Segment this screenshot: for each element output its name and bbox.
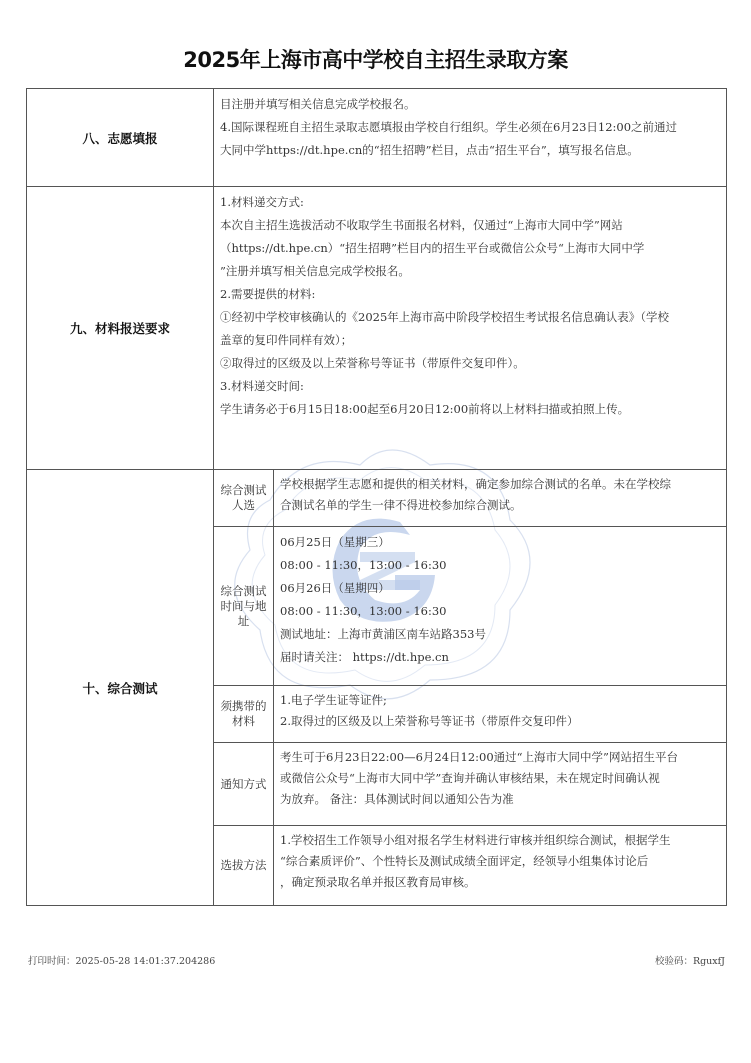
subrow-label: 综合测试人选 bbox=[214, 470, 274, 527]
content-line: 大同中学https://dt.hpe.cn的“招生招聘”栏目，点击“招生平台”，… bbox=[220, 139, 720, 162]
content-line: ②取得过的区级及以上荣誉称号等证书（带原件交复印件）。 bbox=[220, 352, 720, 375]
page-title: 2025年上海市高中学校自主招生录取方案 bbox=[0, 44, 751, 74]
content-line: 本次自主招生选拔活动不收取学生书面报名材料，仅通过“上海市大同中学”网站 bbox=[220, 214, 720, 237]
content-line: “综合素质评价”、个性特长及测试成绩全面评定，经领导小组集体讨论后 bbox=[280, 851, 720, 872]
content-line: 合测试名单的学生一律不得进校参加综合测试。 bbox=[280, 495, 720, 516]
section-content: 1.材料递交方式: 本次自主招生选拔活动不收取学生书面报名材料，仅通过“上海市大… bbox=[214, 187, 726, 427]
subrow-test-candidates: 十、综合测试 综合测试人选 学校根据学生志愿和提供的相关材料，确定参加综合测试的… bbox=[27, 470, 727, 527]
content-line: 届时请关注： https://dt.hpe.cn bbox=[280, 646, 720, 669]
section-heading: 八、志愿填报 bbox=[27, 89, 214, 187]
content-line: 3.材料递交时间: bbox=[220, 375, 720, 398]
content-line: 为放弃。 备注：具体测试时间以通知公告为准 bbox=[280, 789, 720, 810]
verify-code: 校验码：RguxfJ bbox=[655, 953, 725, 967]
subrow-label: 选拔方法 bbox=[214, 826, 274, 906]
content-line: 4.国际课程班自主招生录取志愿填报由学校自行组织。学生必须在6月23日12:00… bbox=[220, 116, 720, 139]
content-line: 08:00 - 11:30，13:00 - 16:30 bbox=[280, 600, 720, 623]
content-line: 1.材料递交方式: bbox=[220, 191, 720, 214]
section-heading: 十、综合测试 bbox=[27, 470, 214, 906]
admission-plan-table: 八、志愿填报 目注册并填写相关信息完成学校报名。 4.国际课程班自主招生录取志愿… bbox=[26, 88, 727, 906]
content-line: 或微信公众号“上海市大同中学”查询并确认审核结果，未在规定时间确认视 bbox=[280, 768, 720, 789]
content-line: 学生请务必于6月15日18:00起至6月20日12:00前将以上材料扫描或拍照上… bbox=[220, 398, 720, 421]
content-line: 学校根据学生志愿和提供的相关材料，确定参加综合测试的名单。未在学校综 bbox=[280, 474, 720, 495]
content-line: ，确定预录取名单并报区教育局审核。 bbox=[280, 872, 720, 893]
subrow-content: 1.学校招生工作领导小组对报名学生材料进行审核并组织综合测试，根据学生 “综合素… bbox=[274, 826, 726, 899]
section-row-volunteer: 八、志愿填报 目注册并填写相关信息完成学校报名。 4.国际课程班自主招生录取志愿… bbox=[27, 89, 727, 187]
content-line: ”注册并填写相关信息完成学校报名。 bbox=[220, 260, 720, 283]
content-line: 06月25日（星期三） bbox=[280, 531, 720, 554]
content-line: ①经初中学校审核确认的《2025年上海市高中阶段学校招生考试报名信息确认表》（学… bbox=[220, 306, 720, 329]
subrow-content: 1.电子学生证等证件; 2.取得过的区级及以上荣誉称号等证书（带原件交复印件） bbox=[274, 686, 726, 738]
content-line: 盖章的复印件同样有效）； bbox=[220, 329, 720, 352]
content-line: 06月26日（星期四） bbox=[280, 577, 720, 600]
content-line: 08:00 - 11:30，13:00 - 16:30 bbox=[280, 554, 720, 577]
content-line: 1.电子学生证等证件; bbox=[280, 690, 720, 711]
subrow-label: 综合测试时间与地址 bbox=[214, 527, 274, 686]
subrow-content: 考生可于6月23日22:00—6月24日12:00通过“上海市大同中学”网站招生… bbox=[274, 743, 726, 816]
print-time: 打印时间：2025-05-28 14:01:37.204286 bbox=[28, 953, 215, 967]
subrow-label: 通知方式 bbox=[214, 743, 274, 826]
content-line: 测试地址：上海市黄浦区南车站路353号 bbox=[280, 623, 720, 646]
section-row-materials: 九、材料报送要求 1.材料递交方式: 本次自主招生选拔活动不收取学生书面报名材料… bbox=[27, 187, 727, 470]
subrow-label: 须携带的材料 bbox=[214, 686, 274, 743]
content-line: 1.学校招生工作领导小组对报名学生材料进行审核并组织综合测试，根据学生 bbox=[280, 830, 720, 851]
content-line: 目注册并填写相关信息完成学校报名。 bbox=[220, 93, 720, 116]
content-line: 考生可于6月23日22:00—6月24日12:00通过“上海市大同中学”网站招生… bbox=[280, 747, 720, 768]
content-line: 2.需要提供的材料: bbox=[220, 283, 720, 306]
section-heading: 九、材料报送要求 bbox=[27, 187, 214, 470]
content-line: （https://dt.hpe.cn）“招生招聘”栏目内的招生平台或微信公众号“… bbox=[220, 237, 720, 260]
content-line: 2.取得过的区级及以上荣誉称号等证书（带原件交复印件） bbox=[280, 711, 720, 732]
section-content: 目注册并填写相关信息完成学校报名。 4.国际课程班自主招生录取志愿填报由学校自行… bbox=[214, 89, 726, 168]
subrow-content: 学校根据学生志愿和提供的相关材料，确定参加综合测试的名单。未在学校综 合测试名单… bbox=[274, 470, 726, 522]
subrow-content: 06月25日（星期三） 08:00 - 11:30，13:00 - 16:30 … bbox=[274, 527, 726, 675]
